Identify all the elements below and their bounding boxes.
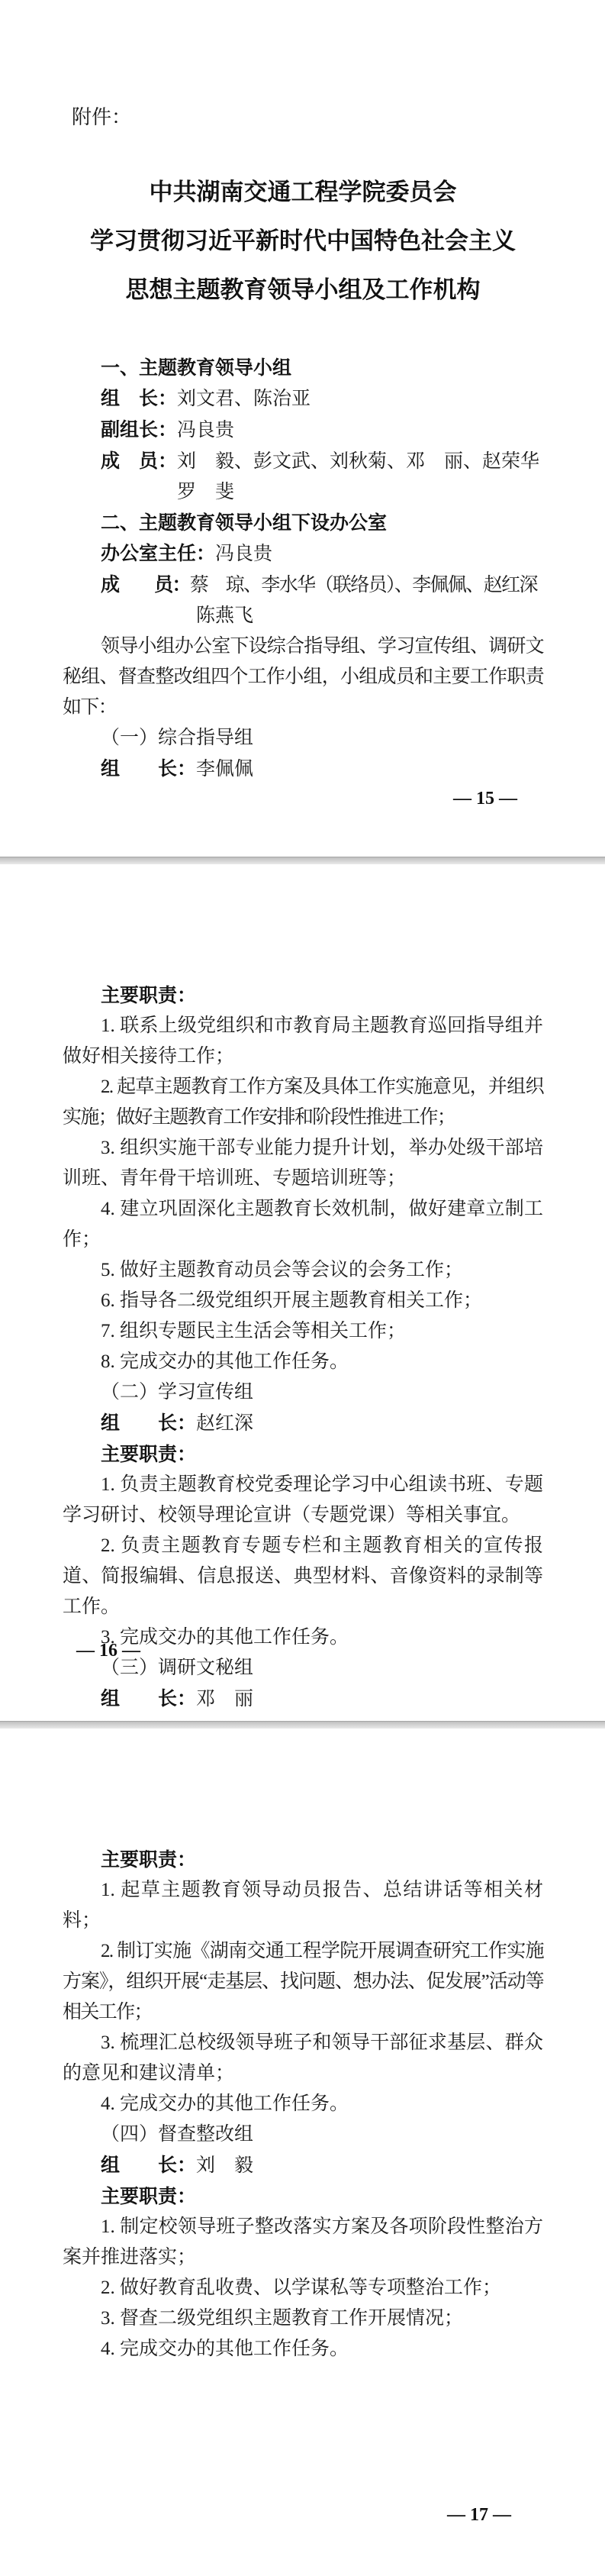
page-number: — 15 — [453, 789, 517, 809]
page-number: — 17 — [447, 2505, 511, 2526]
role-value: 蔡 琼、李水华（联络员）、李佩佩、赵红深 [190, 575, 537, 596]
duty-item: 1. 制定校领导班子整改落实方案及各项阶段性整治方案并推进落实； [63, 2212, 543, 2273]
title-line-1: 中共湖南交通工程学院委员会 [63, 168, 543, 217]
duty-item: 2. 制订实施《湖南交通工程学院开展调查研究工作实施方案》，组织开展“走基层、找… [63, 1936, 543, 2028]
duty-item: 2. 负责主题教育专题专栏和主题教育相关的宣传报道、简报编辑、信息报送、典型材料… [63, 1531, 543, 1622]
role-value: 刘文君、陈治亚 [177, 389, 311, 409]
role-label: 成 员： [101, 574, 190, 596]
duties-heading: 主要职责： [63, 1439, 543, 1470]
role-value: 刘 毅、彭文武、刘秋菊、邓 丽、赵荣华 [177, 451, 539, 472]
document-title: 中共湖南交通工程学院委员会 学习贯彻习近平新时代中国特色社会主义 思想主题教育领… [63, 168, 543, 315]
role-line: 组 长：刘 毅 [63, 2150, 543, 2181]
duty-item: 3. 督查二级党组织主题教育工作开展情况； [63, 2303, 543, 2334]
page-body: 主要职责：1. 起草主题教育领导动员报告、总结讲话等相关材料；2. 制订实施《湖… [63, 1845, 543, 2365]
role-label: 组 长： [101, 2155, 196, 2176]
role-line: 办公室主任：冯良贵 [63, 538, 543, 570]
role-label: 办公室主任： [101, 543, 215, 564]
page-16: 主要职责：1. 联系上级党组织和市教育局主题教育巡回指导组并做好相关接待工作；2… [0, 864, 605, 1721]
page-17: 主要职责：1. 起草主题教育领导动员报告、总结讲话等相关材料；2. 制订实施《湖… [0, 1729, 605, 2576]
scanned-document: 附件： 中共湖南交通工程学院委员会 学习贯彻习近平新时代中国特色社会主义 思想主… [0, 0, 605, 2576]
section-heading: 一、主题教育领导小组 [63, 353, 543, 383]
duty-item: 6. 指导各二级党组织开展主题教育相关工作； [63, 1286, 543, 1316]
duty-item: 2. 起草主题教育工作方案及具体工作实施意见，并组织实施；做好主题教育工作安排和… [63, 1072, 543, 1133]
role-line: 副组长：冯良贵 [63, 415, 543, 446]
role-label: 成 员： [101, 450, 177, 472]
subsection-heading: （四）督查整改组 [63, 2119, 543, 2150]
role-label: 组 长： [101, 758, 196, 780]
title-line-2: 学习贯彻习近平新时代中国特色社会主义 [63, 217, 543, 266]
section-heading: 二、主题教育领导小组下设办公室 [63, 508, 543, 538]
duty-item: 8. 完成交办的其他工作任务。 [63, 1347, 543, 1377]
paragraph: 领导小组办公室下设综合指导组、学习宣传组、调研文秘组、督查整改组四个工作小组，小… [63, 631, 543, 723]
page-body: 主要职责：1. 联系上级党组织和市教育局主题教育巡回指导组并做好相关接待工作；2… [63, 980, 543, 1715]
role-label: 组 长： [101, 388, 177, 409]
duty-item: 7. 组织专题民主生活会等相关工作； [63, 1316, 543, 1347]
role-value: 冯良贵 [215, 544, 272, 564]
role-continuation: 陈燕飞 [63, 601, 543, 631]
role-line: 组 长：赵红深 [63, 1408, 543, 1439]
duty-item: 1. 联系上级党组织和市教育局主题教育巡回指导组并做好相关接待工作； [63, 1011, 543, 1072]
title-line-3: 思想主题教育领导小组及工作机构 [63, 266, 543, 315]
subsection-heading: （二）学习宣传组 [63, 1377, 543, 1408]
subsection-heading: （一）综合指导组 [63, 723, 543, 754]
role-continuation: 罗 斐 [63, 477, 543, 508]
duty-item: 4. 建立巩固深化主题教育长效机制，做好建章立制工作； [63, 1194, 543, 1255]
page-separator [0, 1721, 605, 1729]
attachment-label: 附件： [72, 104, 543, 131]
role-line: 成 员：刘 毅、彭文武、刘秋菊、邓 丽、赵荣华 [63, 446, 543, 477]
duties-heading: 主要职责： [63, 980, 543, 1011]
role-line: 成 员：蔡 琼、李水华（联络员）、李佩佩、赵红深 [63, 570, 543, 601]
duties-heading: 主要职责： [63, 1845, 543, 1875]
duty-item: 2. 做好教育乱收费、以学谋私等专项整治工作； [63, 2273, 543, 2303]
duty-item: 5. 做好主题教育动员会等会议的会务工作； [63, 1255, 543, 1286]
duty-item: 4. 完成交办的其他工作任务。 [63, 2089, 543, 2119]
role-value: 冯良贵 [177, 420, 234, 441]
role-label: 组 长： [101, 1412, 196, 1434]
role-value: 赵红深 [196, 1413, 253, 1434]
duty-item: 1. 负责主题教育校党委理论学习中心组读书班、专题学习研讨、校领导理论宣讲（专题… [63, 1470, 543, 1531]
role-line: 组 长：刘文君、陈治亚 [63, 383, 543, 415]
duty-item: 1. 起草主题教育领导动员报告、总结讲话等相关材料； [63, 1875, 543, 1936]
duty-item: 4. 完成交办的其他工作任务。 [63, 2334, 543, 2365]
role-label: 副组长： [101, 419, 177, 441]
duty-item: 3. 组织实施干部专业能力提升计划，举办处级干部培训班、青年骨干培训班、专题培训… [63, 1133, 543, 1194]
role-label: 组 长： [101, 1688, 196, 1709]
role-value: 邓 丽 [196, 1689, 253, 1709]
page-separator [0, 857, 605, 864]
role-line: 组 长：李佩佩 [63, 754, 543, 785]
role-value: 刘 毅 [196, 2155, 253, 2176]
page-15: 附件： 中共湖南交通工程学院委员会 学习贯彻习近平新时代中国特色社会主义 思想主… [0, 0, 605, 857]
page-number: — 16 — [76, 1641, 140, 1661]
duty-item: 3. 梳理汇总校级领导班子和领导干部征求基层、群众的意见和建议清单； [63, 2028, 543, 2089]
duties-heading: 主要职责： [63, 2181, 543, 2212]
page-body: 一、主题教育领导小组组 长：刘文君、陈治亚副组长：冯良贵成 员：刘 毅、彭文武、… [63, 353, 543, 785]
role-line: 组 长：邓 丽 [63, 1683, 543, 1715]
role-value: 李佩佩 [196, 759, 253, 780]
